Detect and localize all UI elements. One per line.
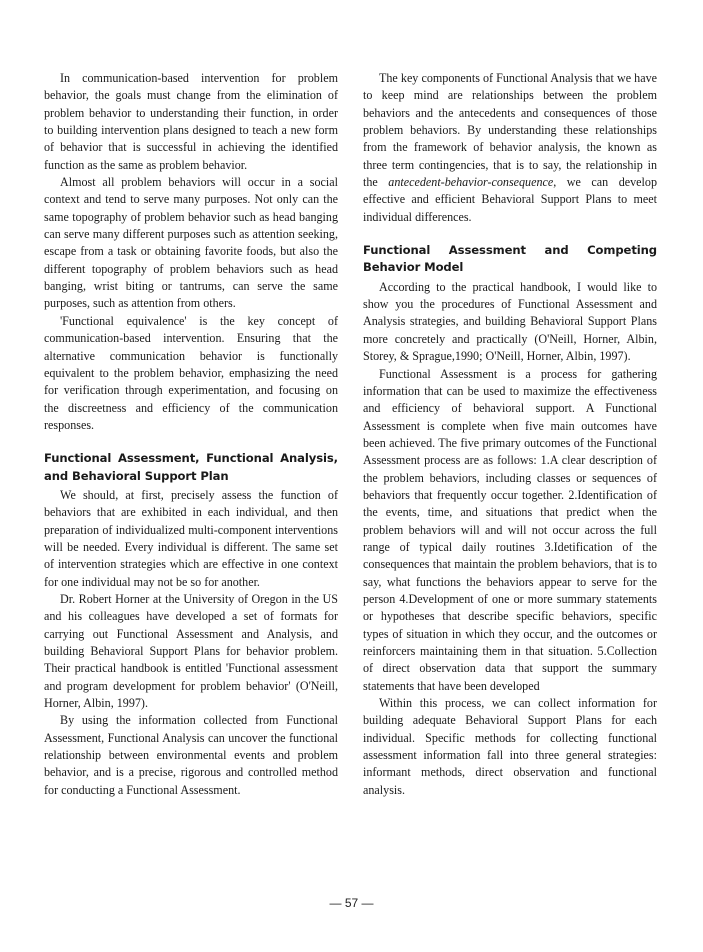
paragraph: The key components of Functional Analysi… [363,70,657,226]
section-heading: Functional Assessment and Competing Beha… [363,242,657,277]
paragraph-text: The key components of Functional Analysi… [363,71,657,189]
paragraph: Almost all problem behaviors will occur … [44,174,338,313]
left-column: In communication-based intervention for … [44,70,338,799]
right-column: The key components of Functional Analysi… [363,70,657,799]
paragraph: Dr. Robert Horner at the University of O… [44,591,338,712]
paragraph: 'Functional equivalence' is the key conc… [44,313,338,434]
section-heading: Functional Assessment, Functional Analys… [44,450,338,485]
paragraph: According to the practical handbook, I w… [363,279,657,366]
paragraph: Within this process, we can collect info… [363,695,657,799]
paragraph: In communication-based intervention for … [44,70,338,174]
italic-term: antecedent-behavior-consequence [388,175,553,189]
page-number: — 57 — [0,896,703,910]
paragraph: Functional Assessment is a process for g… [363,366,657,696]
paragraph: We should, at first, precisely assess th… [44,487,338,591]
paragraph: By using the information collected from … [44,712,338,799]
